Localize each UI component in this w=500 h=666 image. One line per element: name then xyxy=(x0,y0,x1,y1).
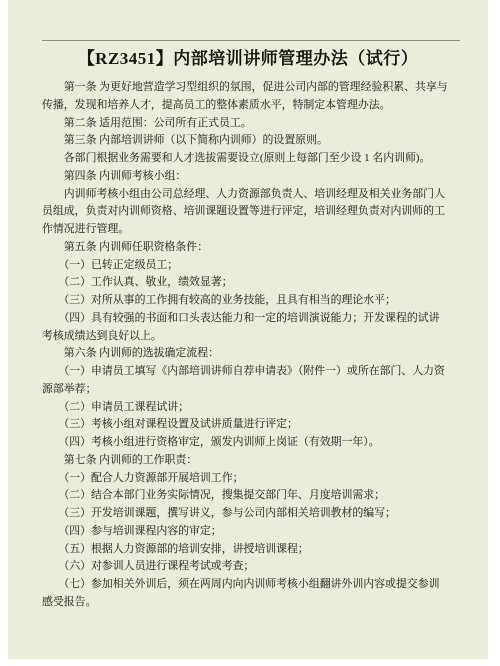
title-divider xyxy=(42,40,460,41)
document-line: （五）根据人力资源部的培训安排，讲授培训课程； xyxy=(42,541,464,559)
document-title: 【RZ3451】内部培训讲师管理办法（试行） xyxy=(8,44,488,69)
document-body: 第一条 为更好地营造学习型组织的氛围，促进公司内部的管理经验积累、共享与传播，发… xyxy=(42,79,464,612)
document-line: 各部门根据业务需要和人才选拔需要设立(原则上每部门至少设 1 名内训师)。 xyxy=(42,150,464,168)
document-line: （四）具有较强的书面和口头表达能力和一定的培训演说能力；开发课程的试讲 xyxy=(42,310,464,328)
document-line: 第一条 为更好地营造学习型组织的氛围，促进公司内部的管理经验积累、共享与 xyxy=(42,79,464,97)
document-line: 感受报告。 xyxy=(42,594,464,612)
document-line: 源部举荐； xyxy=(42,381,464,399)
document-line: （二）工作认真、敬业，绩效显著； xyxy=(42,274,464,292)
document-line: （一）已转正定级员工； xyxy=(42,257,464,275)
document-line: 第三条 内部培训讲师（以下简称内训师）的设置原则。 xyxy=(42,132,464,150)
document-line: （三）对所从事的工作拥有较高的业务技能，且具有相当的理论水平； xyxy=(42,292,464,310)
document-line: 第六条 内训师的选拔确定流程： xyxy=(42,345,464,363)
document-line: （一）配合人力资源部开展培训工作； xyxy=(42,470,464,488)
document-line: 考核成绩达到良好以上。 xyxy=(42,328,464,346)
document-line: （二）结合本部门业务实际情况，搜集提交部门年、月度培训需求； xyxy=(42,487,464,505)
document-line: 作情况进行管理。 xyxy=(42,221,464,239)
document-line: （三）考核小组对课程设置及试讲质量进行评定； xyxy=(42,416,464,434)
document-line: 第七条 内训师的工作职责： xyxy=(42,452,464,470)
document-line: （三）开发培训课题，撰写讲义，参与公司内部相关培训教材的编写； xyxy=(42,505,464,523)
document-line: 员组成，负责对内训师资格、培训课题设置等进行评定，培训经理负责对内训师的工 xyxy=(42,203,464,221)
document-line: 传播，发现和培养人才，提高员工的整体素质水平，特制定本管理办法。 xyxy=(42,97,464,115)
document-scan-frame: 【RZ3451】内部培训讲师管理办法（试行） 第一条 为更好地营造学习型组织的氛… xyxy=(0,0,500,666)
document-line: 第二条 适用范围：公司所有正式员工。 xyxy=(42,115,464,133)
document-line: （二）申请员工课程试讲； xyxy=(42,399,464,417)
document-line: 内训师考核小组由公司总经理、人力资源部负责人、培训经理及相关业务部门人 xyxy=(42,186,464,204)
document-line: （四）参与培训课程内容的审定； xyxy=(42,523,464,541)
document-sheet: 【RZ3451】内部培训讲师管理办法（试行） 第一条 为更好地营造学习型组织的氛… xyxy=(8,0,488,659)
document-line: （四）考核小组进行资格审定，颁发内训师上岗证（有效期一年）。 xyxy=(42,434,464,452)
document-line: （七）参加相关外训后，须在两周内向内训师考核小组翻讲外训内容或提交参训 xyxy=(42,576,464,594)
document-line: 第四条 内训师考核小组： xyxy=(42,168,464,186)
document-line: （一）申请员工填写《内部培训讲师自荐申请表》（附件一）或所在部门、人力资 xyxy=(42,363,464,381)
document-line: 第五条 内训师任职资格条件： xyxy=(42,239,464,257)
document-line: （六）对参训人员进行课程考试或考查； xyxy=(42,558,464,576)
